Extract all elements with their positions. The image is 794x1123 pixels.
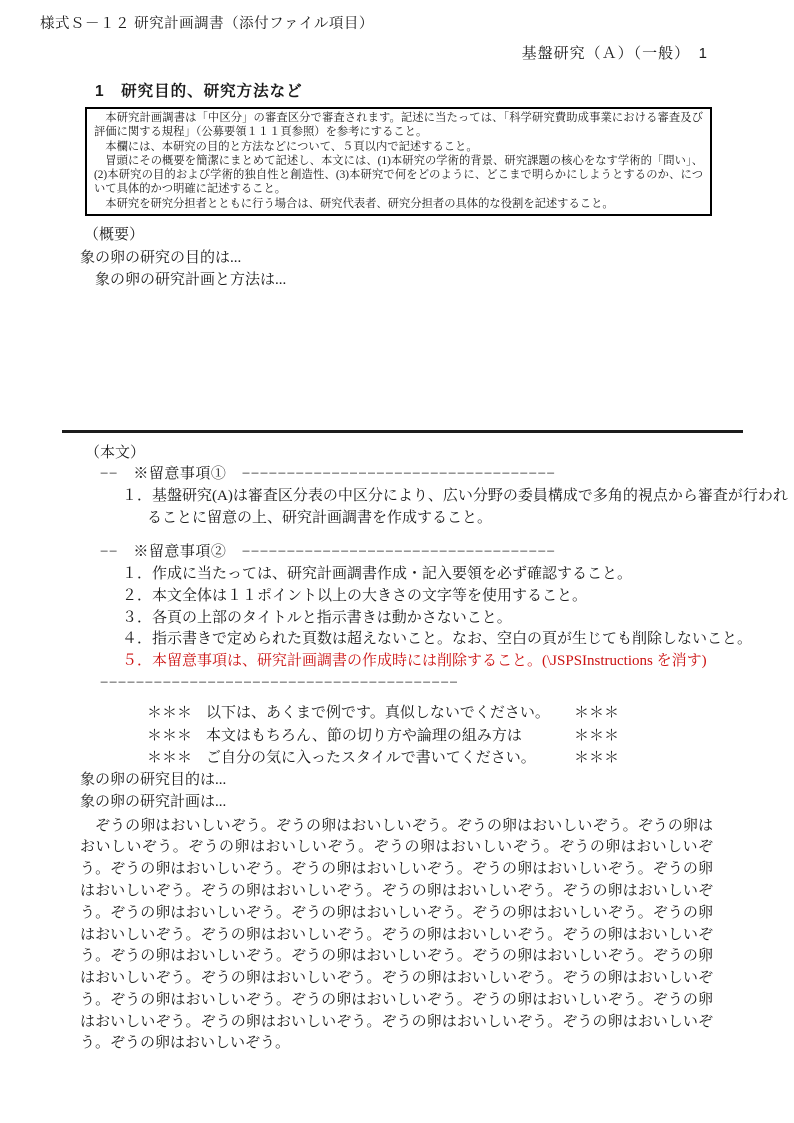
star-left-asterisks: ＊＊＊	[147, 747, 192, 769]
star-row-1: ＊＊＊ 以下は、あくまで例です。真似しないでください。 ＊＊＊	[147, 702, 619, 724]
note2-item-5-red: ５．本留意事項は、研究計画調書の作成時には削除すること。(\JSPSInstru…	[80, 651, 794, 673]
note2-item-1: １．作成に当たっては、研究計画調書作成・記入要領を必ず確認すること。	[80, 564, 794, 586]
star-left-asterisks: ＊＊＊	[147, 725, 192, 747]
star-text: 以下は、あくまで例です。真似しないでください。	[206, 702, 550, 724]
category-page-label: 基盤研究（Ａ）（一般） 1	[0, 42, 708, 63]
section-divider-rule	[62, 430, 743, 433]
spacer	[80, 694, 794, 702]
star-left-asterisks: ＊＊＊	[147, 702, 192, 724]
overview-line-1: 象の卵の研究の目的は...	[80, 247, 794, 270]
instruction-paragraph-2: 本欄には、本研究の目的と方法などについて、５頁以内で記述すること。	[94, 140, 703, 154]
note1-item-1: １．基盤研究(A)は審査区分表の中区分により、広い分野の委員構成で多角的視点から…	[80, 486, 794, 529]
star-text: ご自分の気に入ったスタイルで書いてください。	[206, 747, 536, 769]
note2-item-2: ２．本文全体は１１ポイント以上の大きさの文字等を使用すること。	[80, 586, 794, 608]
overview-section: （概要） 象の卵の研究の目的は... 象の卵の研究計画と方法は...	[80, 224, 794, 292]
overview-line-2: 象の卵の研究計画と方法は...	[80, 269, 794, 292]
document-page: 様式Ｓ－１２ 研究計画調書（添付ファイル項目） 基盤研究（Ａ）（一般） 1 1 …	[0, 0, 794, 1123]
star-text: 本文はもちろん、節の切り方や論理の組み方は	[206, 725, 522, 747]
star-row-3: ＊＊＊ ご自分の気に入ったスタイルで書いてください。 ＊＊＊	[147, 747, 619, 769]
body-paragraph: ぞうの卵はおいしいぞう。ぞうの卵はおいしいぞう。ぞうの卵はおいしいぞう。ぞうの卵…	[80, 816, 713, 1056]
main-text-label: （本文）	[85, 443, 794, 465]
star-right-asterisks: ＊＊＊	[574, 725, 619, 747]
note2-item-4: ４．指示書きで定められた頁数は超えないこと。なお、空白の頁が生じても削除しないこ…	[80, 629, 794, 651]
star-warning-block: ＊＊＊ 以下は、あくまで例です。真似しないでください。 ＊＊＊ ＊＊＊ 本文はも…	[147, 702, 619, 769]
instruction-paragraph-4: 本研究を研究分担者とともに行う場合は、研究代表者、研究分担者の具体的な役割を記述…	[94, 197, 703, 211]
body-intro-line-2: 象の卵の研究計画は...	[80, 791, 794, 813]
instruction-paragraph-3: 冒頭にその概要を簡潔にまとめて記述し、本文には、(1)本研究の学術的背景、研究課…	[94, 154, 703, 197]
spacer	[80, 529, 794, 542]
closing-dashes: −−−−−−−−−−−−−−−−−−−−−−−−−−−−−−−−−−−−−−−−	[80, 673, 794, 695]
overview-label: （概要）	[84, 224, 794, 247]
star-row-2: ＊＊＊ 本文はもちろん、節の切り方や論理の組み方は ＊＊＊	[147, 725, 619, 747]
main-text-section: （本文） −− ※留意事項① −−−−−−−−−−−−−−−−−−−−−−−−−…	[80, 443, 794, 1056]
note2-header-dashes: −− ※留意事項② −−−−−−−−−−−−−−−−−−−−−−−−−−−−−−…	[80, 542, 794, 564]
instruction-box: 本研究計画調書は「中区分」の審査区分で審査されます。記述に当たっては、「科学研究…	[85, 107, 712, 216]
star-right-asterisks: ＊＊＊	[574, 747, 619, 769]
form-id-label: 様式Ｓ－１２ 研究計画調書（添付ファイル項目）	[40, 14, 794, 34]
body-intro-line-1: 象の卵の研究目的は...	[80, 769, 794, 791]
note1-header-dashes: −− ※留意事項① −−−−−−−−−−−−−−−−−−−−−−−−−−−−−−…	[80, 464, 794, 486]
note2-item-3: ３．各頁の上部のタイトルと指示書きは動かさないこと。	[80, 608, 794, 630]
section-heading: 1 研究目的、研究方法など	[95, 79, 794, 101]
instruction-paragraph-1: 本研究計画調書は「中区分」の審査区分で審査されます。記述に当たっては、「科学研究…	[94, 111, 703, 140]
star-right-asterisks: ＊＊＊	[574, 702, 619, 724]
